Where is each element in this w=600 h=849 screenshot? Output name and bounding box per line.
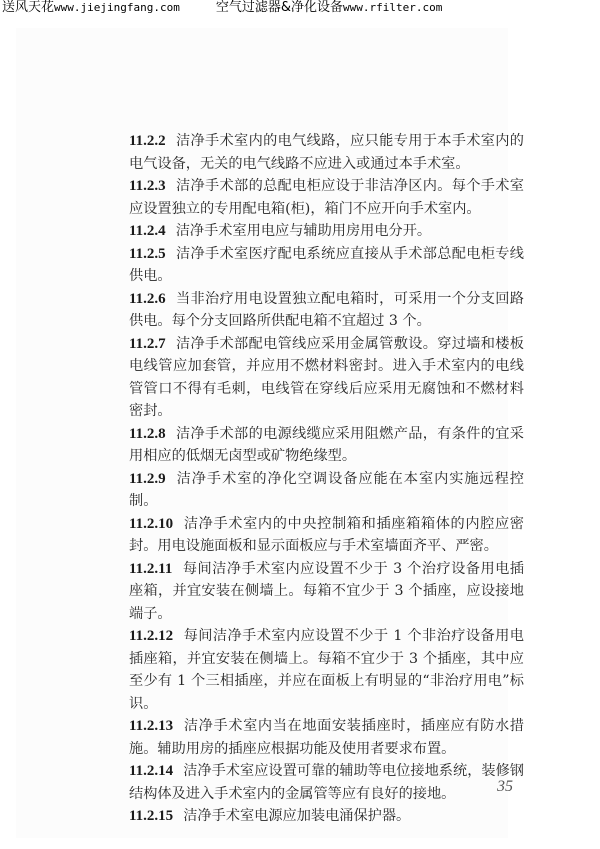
clause-11-2-3: 11.2.3洁净手术部的总配电柜应设于非洁净区内。每个手术室应设置独立的专用配电… (129, 175, 524, 220)
clause-number: 11.2.13 (129, 718, 173, 734)
clause-number: 11.2.12 (129, 628, 173, 644)
clause-number: 11.2.9 (129, 471, 166, 487)
clause-text: 洁净手术室应设置可靠的辅助等电位接地系统，装修钢结构体及进入手术室内的金属管等应… (129, 763, 524, 802)
clause-11-2-7: 11.2.7洁净手术部配电管线应采用金属管敷设。穿过墙和楼板电线管应加套管，并应… (129, 333, 524, 423)
clause-text: 洁净手术部配电管线应采用金属管敷设。穿过墙和楼板电线管应加套管，并应用不燃材料密… (129, 336, 524, 420)
clause-11-2-5: 11.2.5洁净手术室医疗配电系统应直接从手术部总配电柜专线供电。 (129, 243, 524, 288)
site1-name: 送风天花 (2, 0, 54, 15)
clause-number: 11.2.7 (129, 336, 166, 352)
clause-11-2-15: 11.2.15洁净手术室电源应加装电涌保护器。 (129, 805, 524, 828)
clause-text: 当非治疗用电设置独立配电箱时，可采用一个分支回路供电。每个分支回路所供配电箱不宜… (129, 291, 524, 330)
clause-text: 洁净手术室用电应与辅助用房用电分开。 (176, 223, 431, 239)
clause-number: 11.2.6 (129, 291, 166, 307)
clause-number: 11.2.4 (129, 223, 166, 239)
clause-number: 11.2.10 (129, 516, 173, 532)
clause-number: 11.2.14 (129, 763, 173, 779)
clause-number: 11.2.5 (129, 246, 166, 262)
clause-11-2-13: 11.2.13洁净手术室内当在地面安装插座时，插座应有防水措施。辅助用房的插座应… (129, 715, 524, 760)
clause-text: 洁净手术部的电源线缆应采用阻燃产品，有条件的宜采用相应的低烟无卤型或矿物绝缘型。 (129, 426, 524, 465)
clause-number: 11.2.8 (129, 426, 166, 442)
site2-name: 空气过滤器&净化设备 (216, 0, 343, 15)
clause-text: 洁净手术室内的电气线路，应只能专用于本手术室内的电气设备，无关的电气线路不应进入… (129, 133, 524, 172)
clause-11-2-6: 11.2.6当非治疗用电设置独立配电箱时，可采用一个分支回路供电。每个分支回路所… (129, 288, 524, 333)
clause-11-2-4: 11.2.4洁净手术室用电应与辅助用房用电分开。 (129, 220, 524, 243)
clause-11-2-10: 11.2.10洁净手术室内的中央控制箱和插座箱箱体的内腔应密封。用电设施面板和显… (129, 513, 524, 558)
clause-11-2-12: 11.2.12每间洁净手术室内应设置不少于 1 个非治疗设备用电插座箱，并宜安装… (129, 625, 524, 715)
clause-11-2-8: 11.2.8洁净手术部的电源线缆应采用阻燃产品，有条件的宜采用相应的低烟无卤型或… (129, 423, 524, 468)
clause-number: 11.2.2 (129, 133, 166, 149)
clause-text: 洁净手术部的总配电柜应设于非洁净区内。每个手术室应设置独立的专用配电箱(柜)，箱… (129, 178, 524, 217)
clause-number: 11.2.15 (129, 808, 173, 824)
clause-text: 洁净手术室医疗配电系统应直接从手术部总配电柜专线供电。 (129, 246, 524, 285)
clause-text: 洁净手术室的净化空调设备应能在本室内实施远程控制。 (129, 471, 524, 510)
clause-text: 洁净手术室内当在地面安装插座时，插座应有防水措施。辅助用房的插座应根据功能及使用… (129, 718, 524, 757)
page-number: 35 (497, 778, 513, 796)
site1-url[interactable]: www.jiejingfang.com (54, 1, 180, 14)
clause-11-2-11: 11.2.11每间洁净手术室内应设置不少于 3 个治疗设备用电插座箱，并宜安装在… (129, 558, 524, 626)
watermark-header: 送风天花www.jiejingfang.com空气过滤器&净化设备www.rfi… (2, 0, 442, 16)
clause-text: 洁净手术室电源应加装电涌保护器。 (183, 808, 410, 824)
clause-text: 每间洁净手术室内应设置不少于 3 个治疗设备用电插座箱，并宜安装在侧墙上。每箱不… (129, 561, 524, 622)
site2-url[interactable]: www.rfilter.com (343, 1, 442, 14)
clause-list: 11.2.2洁净手术室内的电气线路，应只能专用于本手术室内的电气设备，无关的电气… (129, 130, 524, 828)
clause-text: 每间洁净手术室内应设置不少于 1 个非治疗设备用电插座箱，并宜安装在侧墙上。每箱… (129, 628, 524, 712)
clause-number: 11.2.3 (129, 178, 166, 194)
clause-11-2-2: 11.2.2洁净手术室内的电气线路，应只能专用于本手术室内的电气设备，无关的电气… (129, 130, 524, 175)
clause-11-2-9: 11.2.9洁净手术室的净化空调设备应能在本室内实施远程控制。 (129, 468, 524, 513)
clause-11-2-14: 11.2.14洁净手术室应设置可靠的辅助等电位接地系统，装修钢结构体及进入手术室… (129, 760, 524, 805)
clause-text: 洁净手术室内的中央控制箱和插座箱箱体的内腔应密封。用电设施面板和显示面板应与手术… (129, 516, 524, 555)
clause-number: 11.2.11 (129, 561, 172, 577)
